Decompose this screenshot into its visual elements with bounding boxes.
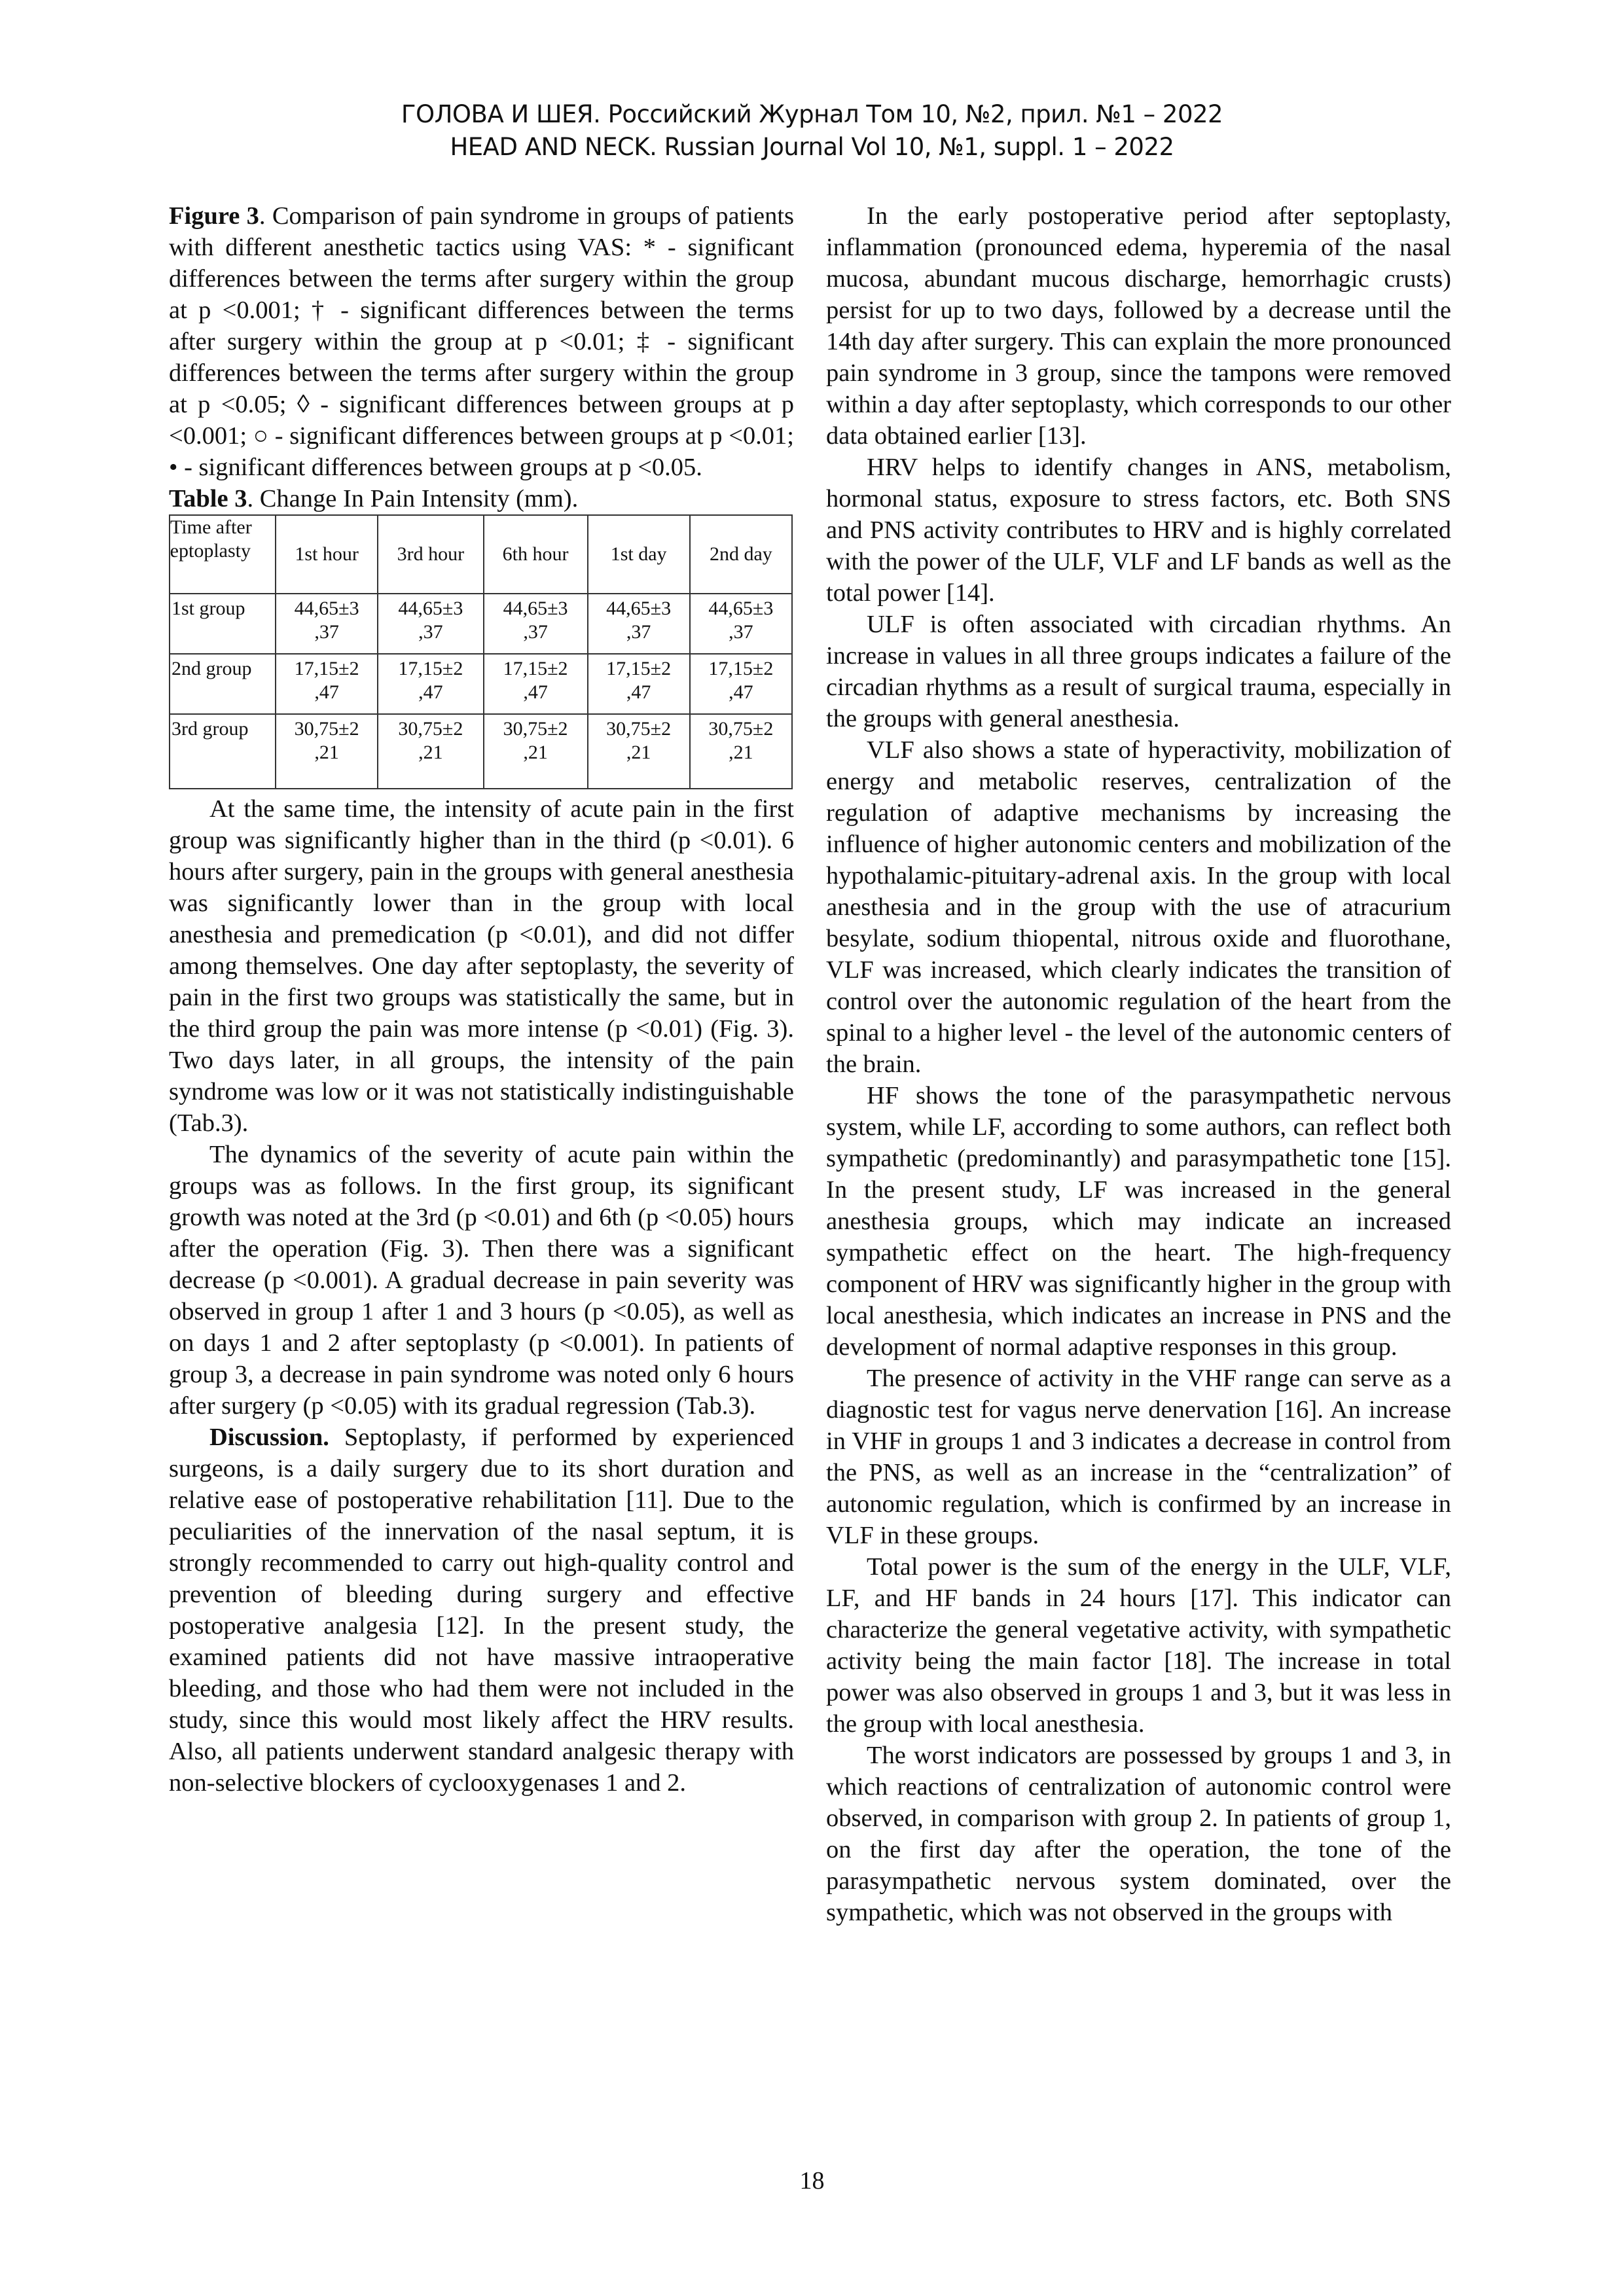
table-cell: 44,65±3,37: [690, 594, 792, 654]
running-header: ГОЛОВА И ШЕЯ. Российский Журнал Том 10, …: [0, 98, 1624, 164]
table-cell: 17,15±2,47: [588, 654, 690, 714]
table-cell: 44,65±3,37: [276, 594, 378, 654]
page-number: 18: [0, 2165, 1624, 2197]
discussion-text: Septoplasty, if performed by experienced…: [169, 1424, 794, 1797]
body-paragraph: HF shows the tone of the parasympathetic…: [826, 1080, 1451, 1363]
table-cell: 30,75±2,21: [588, 714, 690, 789]
table-cell: 17,15±2,47: [378, 654, 483, 714]
table-cell: 44,65±3,37: [484, 594, 588, 654]
body-paragraph: In the early postoperative period after …: [826, 200, 1451, 452]
body-paragraph: The worst indicators are possessed by gr…: [826, 1740, 1451, 1928]
column-header: 6th hour: [484, 515, 588, 594]
body-paragraph: VLF also shows a state of hyperactivity,…: [826, 734, 1451, 1080]
table-cell: 30,75±2,21: [378, 714, 483, 789]
column-header: 1st hour: [276, 515, 378, 594]
left-column: Figure 3. Comparison of pain syndrome in…: [169, 200, 794, 1799]
journal-title-ru: ГОЛОВА И ШЕЯ. Российский Журнал Том 10, …: [0, 98, 1624, 131]
body-paragraph: The dynamics of the severity of acute pa…: [169, 1139, 794, 1422]
table-cell: 30,75±2,21: [484, 714, 588, 789]
discussion-heading: Discussion.: [209, 1424, 329, 1451]
column-header: 3rd hour: [378, 515, 483, 594]
table-row: 1st group 44,65±3,37 44,65±3,37 44,65±3,…: [170, 594, 792, 654]
row-label: 1st group: [170, 594, 276, 654]
table-cell: 44,65±3,37: [378, 594, 483, 654]
body-paragraph: The presence of activity in the VHF rang…: [826, 1363, 1451, 1551]
body-paragraph: At the same time, the intensity of acute…: [169, 793, 794, 1139]
table-title: Table 3. Change In Pain Intensity (mm).: [169, 483, 794, 514]
table-cell: 17,15±2,47: [690, 654, 792, 714]
pain-intensity-table: Time after septoplasty 1st hour 3rd hour…: [169, 514, 793, 789]
figure-caption-text: . Comparison of pain syndrome in groups …: [169, 202, 794, 481]
table-title-text: . Change In Pain Intensity (mm).: [247, 485, 578, 512]
table-cell: 30,75±2,21: [690, 714, 792, 789]
table-cell: 17,15±2,47: [484, 654, 588, 714]
right-column: In the early postoperative period after …: [826, 200, 1451, 1928]
column-header: 1st day: [588, 515, 690, 594]
body-paragraph: HRV helps to identify changes in ANS, me…: [826, 452, 1451, 609]
table-label: Table 3: [169, 485, 247, 512]
row-label: 3rd group: [170, 714, 276, 789]
discussion-paragraph: Discussion. Septoplasty, if performed by…: [169, 1422, 794, 1799]
table-cell: 17,15±2,47: [276, 654, 378, 714]
body-paragraph: Total power is the sum of the energy in …: [826, 1551, 1451, 1740]
journal-title-en: HEAD AND NECK. Russian Journal Vol 10, №…: [0, 131, 1624, 164]
corner-header-line1: Time after: [170, 516, 275, 539]
table-row: 2nd group 17,15±2,47 17,15±2,47 17,15±2,…: [170, 654, 792, 714]
figure-label: Figure 3: [169, 202, 259, 230]
column-header: 2nd day: [690, 515, 792, 594]
corner-header-line2: septoplasty: [170, 539, 275, 563]
figure-caption: Figure 3. Comparison of pain syndrome in…: [169, 200, 794, 483]
body-paragraph: ULF is often associated with circadian r…: [826, 609, 1451, 734]
table-corner-header: Time after septoplasty: [170, 515, 276, 594]
table-header-row: Time after septoplasty 1st hour 3rd hour…: [170, 515, 792, 594]
table-cell: 44,65±3,37: [588, 594, 690, 654]
row-label: 2nd group: [170, 654, 276, 714]
table-row: 3rd group 30,75±2,21 30,75±2,21 30,75±2,…: [170, 714, 792, 789]
table-cell: 30,75±2,21: [276, 714, 378, 789]
